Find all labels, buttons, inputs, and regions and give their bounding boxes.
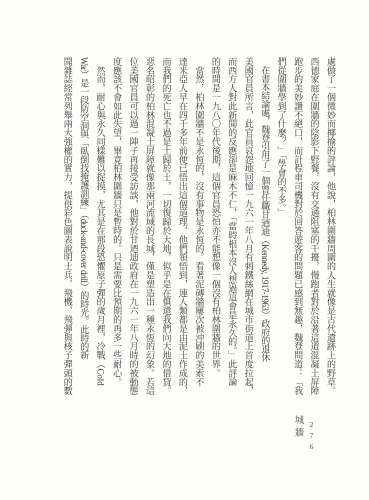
text-column: 當然，柏林圍牆不是永恆的，沒有事物是永恆的。看著泥磚牆屢次被沖刷的美索不 (191, 57, 207, 405)
text-column: War）是一段防空洞與「臥倒找掩護訓練」（duck-and-cover dril… (76, 57, 92, 405)
page-number: 276 (307, 420, 316, 453)
text-column: 處做了一個微妙而揶揄的評論，他說，柏林圍牆周圍的人生就像是古代遺跡上的野草。 (323, 57, 339, 405)
text-column: 惡名昭彰的柏林混凝土屏障就像那兩河流域的長城，僅是塑造出一種永恆的幻象。若這 (142, 57, 158, 405)
text-column: 在書本結論處，魏登引用了一個曾任職甘迺迪（Kennedy, 1917-1963）… (257, 57, 273, 405)
text-column: 聞雜誌經常列舉兩大強權的實力，提供彩色圖表說明士兵、飛機、飛彈與核子彈頭的數 (59, 57, 75, 405)
text-column: 西德家庭在圍牆的陰影下野餐，沒有交通阻塞的干擾，慢跑者對於沿著這道混凝土屏障 (306, 57, 322, 405)
text-column: 達米亞人早在四千多年前便已悟出這個道理，他們領悟到，連人類都是由泥土作成的， (174, 57, 190, 405)
text-column: 度應該不會如此失望，畢竟柏林圍牆只是暫時的。只是需要比預期的再多一些耐心。 (109, 57, 125, 405)
running-title: 城牆 (293, 415, 306, 440)
text-column: 跑步的美妙讚不絕口，而計程車司機對於回答遊客的問題已感到無趣，魏登問道：「我 (290, 57, 306, 405)
text-column: 位美國官員可以過一陣子再接受訪談，他對於甘迺迪政府在一九六一年八月時的被動態 (125, 57, 141, 405)
text-column: 的時間是一九八〇年代後期，這個官員恐怕亦不能想像一個沒有柏林圍牆的世界。 (207, 57, 223, 405)
book-page: 處做了一個微妙而揶揄的評論，他說，柏林圍牆周圍的人生就像是古代遺跡上的野草。 西… (0, 0, 369, 500)
text-column: 而我們的死亡也不過是土歸於土，一切復歸於大地，似乎是在償還我們向大地的借貸。 (158, 57, 174, 405)
text-column: 然而，耐心與永久同樣難以捉摸，尤其是在那段恐懼原子彈的歲月裡，冷戰（Cold (92, 57, 108, 405)
text-column: 而西方人對此新聞的反應卻是麻木不仁，「當時根本沒人想過這會是永久的。」此評論 (224, 57, 240, 405)
text-column: 美國官員所言，此官員哀怨地回憶一九六一年八月有刺鐵絲網在城市街道上首度拉起， (240, 57, 256, 405)
text-column: 們從圍牆學到了什麼？」「學會的不多。」 (273, 57, 289, 405)
text-block: 處做了一個微妙而揶揄的評論，他說，柏林圍牆周圍的人生就像是古代遺跡上的野草。 西… (59, 57, 339, 405)
